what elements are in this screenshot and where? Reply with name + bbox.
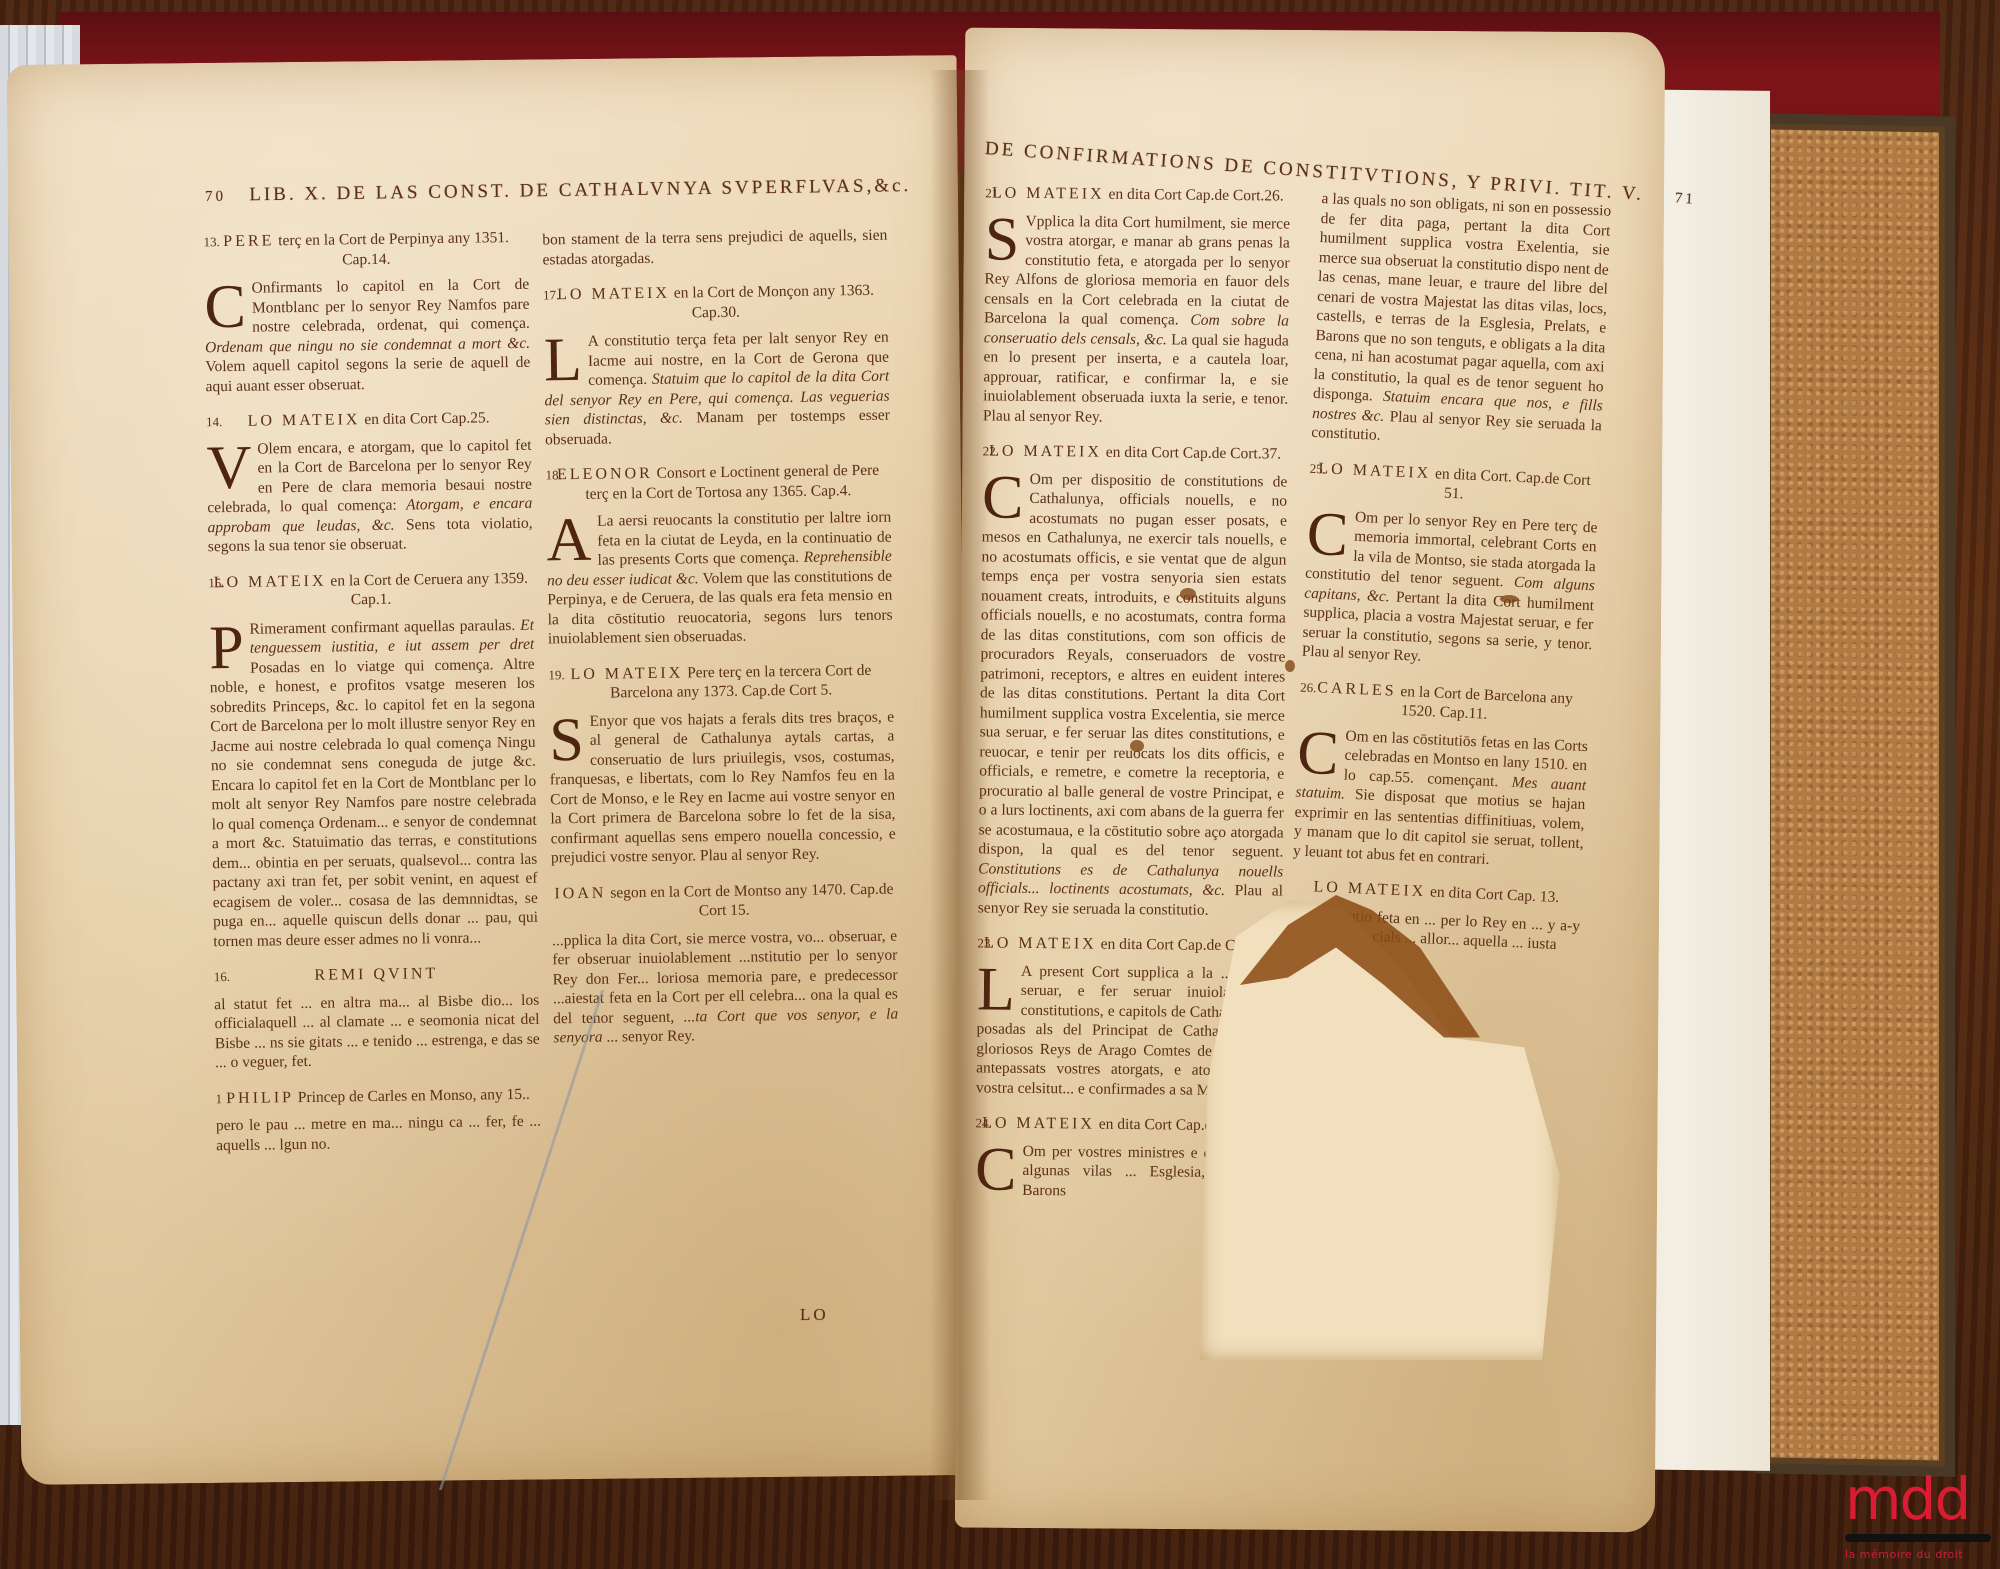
section-subheading: en dita Cort Cap. 13.: [1430, 883, 1560, 906]
section-body: LA constitutio terça feta per lalt senyo…: [544, 328, 891, 450]
section-name: PERE: [223, 232, 274, 250]
logo-subtitle: la mémoire du droit: [1845, 1548, 2000, 1561]
body-text: al statut fet ... en altra ma... al Bisb…: [214, 991, 540, 1071]
section-number: 23.: [977, 933, 993, 953]
section-body: ALa aersi reuocants la constitutio per l…: [546, 508, 893, 649]
section-subheading: terç en la Cort de Perpinya any 1351. Ca…: [278, 229, 509, 268]
section-name: PHILIP: [226, 1089, 294, 1107]
section-body: SVpplica la dita Cort humilment, sie mer…: [983, 211, 1290, 429]
constitution-section: 15.LO MATEIX en la Cort de Ceruera any 1…: [208, 568, 538, 951]
body-text: Enyor que vos hajats a ferals dits tres …: [550, 708, 896, 866]
ink-stain: [1500, 595, 1518, 603]
constitution-section: 19.LO MATEIX Pere terç en la tercera Cor…: [548, 660, 896, 868]
section-subheading: segon en la Cort de Montso any 1470. Cap…: [610, 880, 893, 919]
drop-cap: C: [975, 1143, 1017, 1195]
right-page-number: 71: [1674, 190, 1696, 207]
section-heading: 18.ELEONOR Consort e Loctinent general d…: [545, 461, 891, 505]
body-text: Onfirmants lo capitol en la Cort de Mont…: [251, 276, 529, 336]
section-body: pero le pau ... metre en ma... ningu ca …: [216, 1112, 542, 1156]
logo-mark: mdd: [1845, 1470, 2000, 1528]
section-number: 25.: [1309, 458, 1326, 478]
section-name: REMI QVINT: [314, 965, 438, 984]
body-text: a las quals no son obligats, ni son en p…: [1313, 190, 1612, 405]
section-number: 1: [215, 1089, 222, 1109]
section-subheading: en dita Cort Cap.25.: [364, 409, 490, 428]
section-heading: 13.PERE terç en la Cort de Perpinya any …: [203, 228, 529, 272]
section-name: LO MATEIX: [214, 572, 327, 591]
drop-cap: S: [985, 213, 1020, 265]
constitution-section: 1PHILIP Princep de Carles en Monso, any …: [215, 1084, 541, 1155]
section-number: 21.: [985, 183, 1001, 203]
body-text-continued: Posadas en lo viatge qui comença. Altre …: [210, 655, 538, 950]
section-name: LO MATEIX: [570, 664, 683, 683]
section-name: LO MATEIX: [557, 285, 670, 304]
constitution-section: 13.PERE terç en la Cort de Perpinya any …: [203, 228, 530, 397]
constitution-section: 16.REMI QVINT al statut fet ... en altra…: [214, 963, 540, 1073]
marbled-paper: [1771, 130, 1939, 1461]
section-body: PRimerament confirmant aquellas paraulas…: [209, 615, 539, 951]
section-heading: 16.REMI QVINT: [214, 963, 539, 987]
section-number: 24.: [975, 1113, 991, 1133]
section-number: 17.: [543, 285, 560, 305]
drop-cap: V: [206, 441, 252, 494]
left-page-column-2: bon stament de la terra sens prejudici d…: [542, 226, 899, 1064]
section-subheading: en la Cort de Ceruera any 1359. Cap.1.: [330, 569, 528, 608]
section-subheading: en la Cort de Monçon any 1363. Cap.30.: [674, 282, 874, 321]
section-number: 26.: [1300, 677, 1317, 697]
body-text-continued: Volem aquell capitol segons la serie de …: [205, 354, 530, 395]
section-subheading: en dita Cort. Cap.de Cort 51.: [1435, 465, 1591, 503]
section-number: 14.: [206, 412, 223, 432]
drop-cap: L: [544, 334, 583, 387]
section-body: SEnyor que vos hajats a ferals dits tres…: [549, 707, 896, 868]
section-body: al statut fet ... en altra ma... al Bisb…: [214, 990, 540, 1073]
body-text: Om per dispositio de constitutions de Ca…: [978, 470, 1287, 860]
section-name: LO MATEIX: [989, 442, 1102, 460]
ink-stain: [1180, 588, 1196, 600]
section-heading: 21.LO MATEIX en dita Cort Cap.de Cort.26…: [985, 183, 1290, 206]
ink-stain: [1285, 660, 1295, 672]
section-heading: 25.LO MATEIX en dita Cort. Cap.de Cort 5…: [1308, 458, 1599, 510]
section-number: 16.: [214, 967, 231, 987]
section-heading: 15.LO MATEIX en la Cort de Ceruera any 1…: [208, 568, 534, 612]
back-cover: [1755, 113, 1955, 1476]
section-name: IOAN: [554, 884, 606, 902]
section-number: 19.: [548, 665, 565, 685]
section-heading: 26.CARLES en la Cort de Barcelona any 15…: [1299, 677, 1590, 729]
section-name: LO MATEIX: [1318, 460, 1431, 482]
drop-cap: C: [204, 281, 246, 334]
section-number: 18.: [545, 465, 562, 485]
body-text: Vpplica la dita Cort humilment, sie merc…: [984, 212, 1290, 328]
section-name: ELEONOR: [557, 465, 653, 483]
constitution-section: bon stament de la terra sens prejudici d…: [542, 226, 888, 270]
section-name: LO MATEIX: [248, 411, 361, 430]
constitution-section: 14.LO MATEIX en dita Cort Cap.25.VOlem e…: [206, 408, 533, 557]
right-page-column-2: a las quals no son obligats, ni son en p…: [1288, 189, 1611, 971]
section-heading: 19.LO MATEIX Pere terç en la tercera Cor…: [548, 660, 894, 704]
section-body: a las quals no son obligats, ni son en p…: [1311, 189, 1612, 455]
section-heading: 14.LO MATEIX en dita Cort Cap.25.: [206, 408, 531, 432]
catchword: LO: [800, 1304, 829, 1325]
section-body: bon stament de la terra sens prejudici d…: [542, 226, 888, 270]
section-subheading: en dita Cort Cap.de Cort.37.: [1106, 444, 1281, 463]
section-body: COnfirmants lo capitol en la Cort de Mon…: [204, 275, 531, 397]
drop-cap: S: [549, 713, 584, 765]
book-photo: 70 LIB. X. DE LAS CONST. DE CATHALVNYA S…: [0, 0, 2000, 1569]
section-heading: IOAN segon en la Cort de Montso any 1470…: [551, 879, 897, 923]
left-page-column-1: 13.PERE terç en la Cort de Perpinya any …: [203, 228, 541, 1171]
body-text: pero le pau ... metre en ma... ningu ca …: [216, 1113, 541, 1154]
constitution-section: 21.LO MATEIX en dita Cort Cap.de Cort.26…: [983, 183, 1291, 428]
drop-cap: C: [1306, 507, 1350, 561]
section-body: COm per lo senyor Rey en Pere terç de me…: [1301, 505, 1598, 674]
section-name: LO MATEIX: [984, 934, 1097, 952]
drop-cap: C: [982, 471, 1024, 523]
body-text: Rimerament confirmant aquellas paraulas.: [249, 616, 520, 637]
drop-cap: L: [977, 963, 1015, 1015]
drop-cap: C: [1296, 726, 1340, 780]
section-body: VOlem encara, e atorgam, que lo capitol …: [206, 435, 533, 557]
section-number: 13.: [203, 232, 220, 252]
section-name: LO MATEIX: [992, 185, 1105, 203]
section-heading: 17.LO MATEIX en la Cort de Monçon any 13…: [543, 281, 889, 325]
watermark-logo: mdd la mémoire du droit: [1845, 1470, 2000, 1569]
section-subheading: en dita Cort Cap.de Cort.26.: [1108, 186, 1283, 205]
section-heading: 22.LO MATEIX en dita Cort Cap.de Cort.37…: [983, 441, 1288, 464]
section-body: COm en las cōstitutiōs fetas en las Cort…: [1293, 724, 1589, 873]
section-subheading: en la Cort de Barcelona any 1520. Cap.11…: [1400, 682, 1573, 722]
section-name: LO MATEIX: [982, 1114, 1095, 1132]
drop-cap: A: [546, 514, 592, 567]
section-name: CARLES: [1317, 679, 1397, 699]
constitution-section: a las quals no son obligats, ni son en p…: [1311, 189, 1612, 455]
logo-underline: [1845, 1534, 1991, 1542]
section-name: LO MATEIX: [1313, 878, 1426, 900]
constitution-section: 22.LO MATEIX en dita Cort Cap.de Cort.37…: [978, 441, 1288, 920]
section-number: 22.: [983, 441, 999, 461]
constitution-section: 18.ELEONOR Consort e Loctinent general d…: [545, 461, 893, 649]
section-heading: 1PHILIP Princep de Carles en Monso, any …: [215, 1084, 540, 1108]
constitution-section: 25.LO MATEIX en dita Cort. Cap.de Cort 5…: [1301, 458, 1600, 673]
left-page-number: 70: [205, 189, 226, 205]
italic-quote: Ordenam que ningu no sie condemnat a mor…: [205, 334, 530, 356]
drop-cap: P: [209, 621, 244, 673]
ink-stain: [1130, 740, 1144, 752]
section-number: 15.: [208, 573, 225, 593]
section-body: COm per dispositio de constitutions de C…: [978, 469, 1288, 921]
constitution-section: 26.CARLES en la Cort de Barcelona any 15…: [1293, 677, 1591, 873]
body-text: bon stament de la terra sens prejudici d…: [542, 227, 887, 268]
section-subheading: Princep de Carles en Monso, any 15..: [298, 1085, 530, 1105]
constitution-section: 17.LO MATEIX en la Cort de Monçon any 13…: [543, 281, 890, 450]
